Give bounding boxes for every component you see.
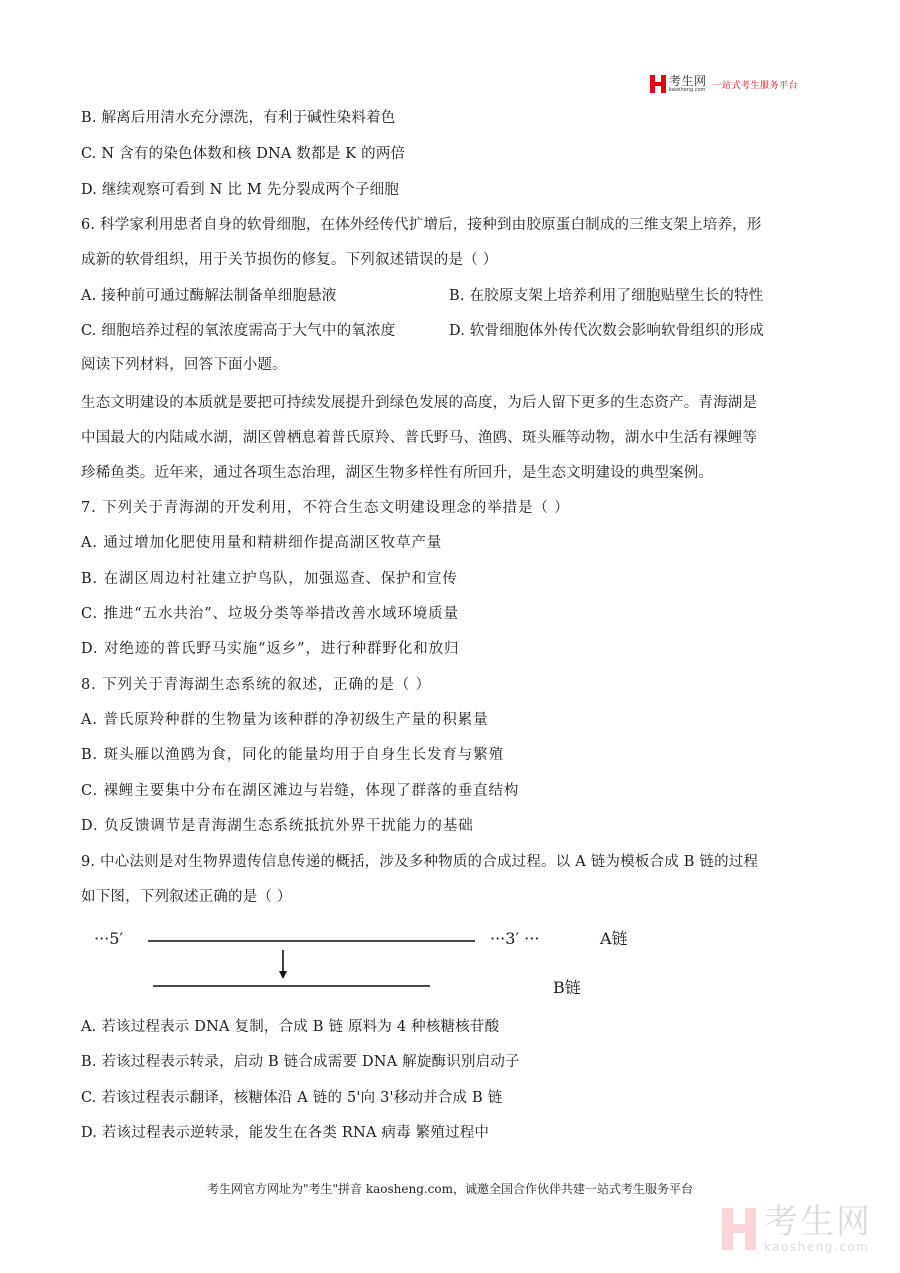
- strand-a-5-prime-label: ···5′: [94, 929, 123, 949]
- q6-stem-line2: 成新的软骨组织，用于关节损伤的修复。下列叙述错误的是（ ）: [81, 250, 497, 270]
- q5-option-b: B. 解离后用清水充分漂洗，有利于碱性染料着色: [81, 108, 395, 128]
- q6-option-b: B. 在胶原支架上培养利用了细胞贴壁生长的特性: [449, 286, 763, 306]
- q9-stem-line2: 如下图，下列叙述正确的是（ ）: [81, 887, 292, 907]
- q9-option-b: B. 若该过程表示转录，启动 B 链合成需要 DNA 解旋酶识别启动子: [81, 1052, 520, 1072]
- q6-option-c: C. 细胞培养过程的氧浓度需高于大气中的氧浓度: [81, 321, 395, 341]
- q8-option-a: A. 普氏原羚种群的生物量为该种群的净初级生产量的积累量: [81, 710, 488, 730]
- strand-a-label: A链: [600, 929, 628, 949]
- q7-stem: 7. 下列关于青海湖的开发利用，不符合生态文明建设理念的举措是（ ）: [81, 498, 570, 518]
- q7-option-d: D. 对绝迹的普氏野马实施“返乡”，进行种群野化和放归: [81, 639, 459, 659]
- q9-option-a: A. 若该过程表示 DNA 复制，合成 B 链 原料为 4 种核糖核苷酸: [81, 1017, 499, 1037]
- q8-option-d: D. 负反馈调节是青海湖生态系统抵抗外界干扰能力的基础: [81, 816, 474, 836]
- strand-b-label: B链: [553, 978, 581, 998]
- strand-a-3-prime-label: ···3′ ···: [490, 929, 539, 949]
- q9-option-d: D. 若该过程表示逆转录，能发生在各类 RNA 病毒 繁殖过程中: [81, 1123, 489, 1143]
- q7-option-a: A. 通过增加化肥使用量和精耕细作提高湖区牧草产量: [81, 533, 442, 553]
- material-line-3: 珍稀鱼类。近年来，通过各项生态治理，湖区生物多样性有所回升，是生态文明建设的典型…: [81, 463, 713, 483]
- material-line-1: 生态文明建设的本质就是要把可持续发展提升到绿色发展的高度，为后人留下更多的生态资…: [81, 393, 757, 413]
- logo-slogan: 一站式考生服务平台: [713, 78, 799, 91]
- material-line-2: 中国最大的内陆咸水湖，湖区曾栖息着普氏原羚、普氏野马、渔鸥、斑头雁等动物，湖水中…: [81, 428, 757, 448]
- q8-stem: 8. 下列关于青海湖生态系统的叙述，正确的是（ ）: [81, 675, 431, 695]
- logo-name: 考生网: [669, 75, 707, 87]
- watermark-logo-icon: [722, 1208, 756, 1250]
- q9-stem-line1: 9. 中心法则是对生物界遗传信息传递的概括，涉及多种物质的合成过程。以 A 链为…: [81, 852, 758, 872]
- watermark-domain: kaosheng.com: [764, 1241, 872, 1253]
- q8-option-c: C. 裸鲤主要集中分布在湖区滩边与岩缝，体现了群落的垂直结构: [81, 781, 519, 801]
- page-footer: 考生网官方网址为"考生"拼音 kaosheng.com，诚邀全国合作伙伴共建一站…: [0, 1180, 900, 1198]
- watermark-name: 考生网: [764, 1205, 872, 1239]
- q8-option-b: B. 斑头雁以渔鸥为食，同化的能量均用于自身生长发育与繁殖: [81, 745, 504, 765]
- q6-option-d: D. 软骨细胞体外传代次数会影响软骨组织的形成: [449, 321, 764, 341]
- q5-option-c: C. N 含有的染色体数和核 DNA 数都是 K 的两倍: [81, 144, 405, 164]
- logo-domain: kaosheng.com: [669, 88, 707, 93]
- header-logo: 考生网 kaosheng.com 一站式考生服务平台: [650, 72, 798, 96]
- material-intro: 阅读下列材料，回答下面小题。: [81, 355, 287, 375]
- watermark-logo: 考生网 kaosheng.com: [722, 1205, 872, 1253]
- q7-option-b: B. 在湖区周边村社建立护鸟队，加强巡查、保护和宣传: [81, 569, 458, 589]
- kaosheng-logo-icon: [650, 75, 666, 93]
- q6-option-a: A. 接种前可通过酶解法制备单细胞悬液: [81, 286, 337, 306]
- q5-option-d: D. 继续观察可看到 N 比 M 先分裂成两个子细胞: [81, 180, 399, 200]
- q9-option-c: C. 若该过程表示翻译，核糖体沿 A 链的 5'向 3'移动并合成 B 链: [81, 1088, 502, 1108]
- q7-option-c: C. 推进“五水共治”、垃圾分类等举措改善水域环境质量: [81, 604, 459, 624]
- q6-stem-line1: 6. 科学家利用患者自身的软骨细胞，在体外经传代扩增后，接种到由胶原蛋白制成的三…: [81, 215, 762, 235]
